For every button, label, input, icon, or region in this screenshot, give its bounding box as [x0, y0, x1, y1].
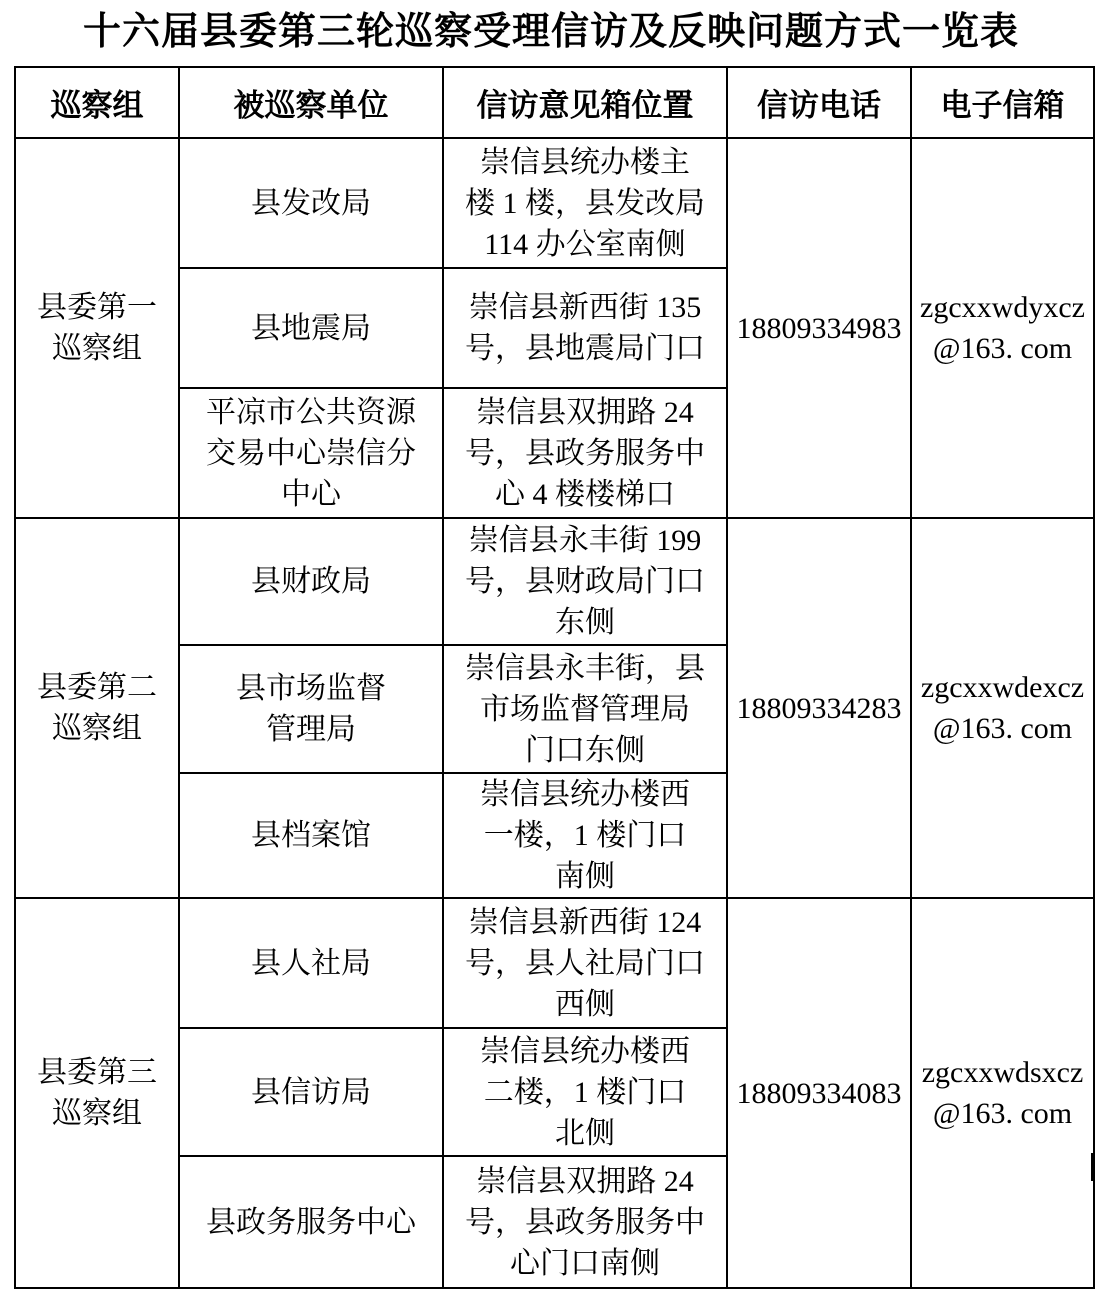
inspection-group-name: 县委第三 巡察组 — [15, 898, 179, 1288]
inspection-group-name: 县委第二 巡察组 — [15, 518, 179, 898]
box-location: 崇信县统办楼西 一楼，1 楼门口 南侧 — [443, 773, 727, 898]
inspected-unit: 县财政局 — [179, 518, 443, 645]
document-page: 十六届县委第三轮巡察受理信访及反映问题方式一览表 巡察组 被巡察单位 信访意见箱… — [0, 0, 1102, 1294]
column-header-email: 电子信箱 — [911, 67, 1094, 138]
column-header-box-location: 信访意见箱位置 — [443, 67, 727, 138]
inspected-unit: 县地震局 — [179, 268, 443, 388]
table-row: 县委第一 巡察组 县发改局 崇信县统办楼主 楼 1 楼，县发改局 114 办公室… — [15, 138, 1094, 268]
box-location: 崇信县统办楼西 二楼，1 楼门口 北侧 — [443, 1028, 727, 1156]
column-header-group: 巡察组 — [15, 67, 179, 138]
box-location: 崇信县新西街 135 号，县地震局门口 — [443, 268, 727, 388]
text-cursor-artifact — [1091, 1153, 1094, 1181]
petition-phone: 18809334983 — [727, 138, 911, 518]
inspected-unit: 县人社局 — [179, 898, 443, 1028]
header-row: 巡察组 被巡察单位 信访意见箱位置 信访电话 电子信箱 — [15, 67, 1094, 138]
box-location: 崇信县新西街 124 号，县人社局门口 西侧 — [443, 898, 727, 1028]
petition-email: zgcxxwdexcz @163. com — [911, 518, 1094, 898]
petition-phone: 18809334083 — [727, 898, 911, 1288]
column-header-unit: 被巡察单位 — [179, 67, 443, 138]
inspected-unit: 平凉市公共资源 交易中心崇信分 中心 — [179, 388, 443, 518]
box-location: 崇信县永丰街，县 市场监督管理局 门口东侧 — [443, 645, 727, 773]
box-location: 崇信县统办楼主 楼 1 楼，县发改局 114 办公室南侧 — [443, 138, 727, 268]
table-row: 县委第三 巡察组 县人社局 崇信县新西街 124 号，县人社局门口 西侧 188… — [15, 898, 1094, 1028]
inspection-group-name: 县委第一 巡察组 — [15, 138, 179, 518]
inspected-unit: 县发改局 — [179, 138, 443, 268]
box-location: 崇信县双拥路 24 号，县政务服务中 心门口南侧 — [443, 1156, 727, 1288]
inspected-unit: 县政务服务中心 — [179, 1156, 443, 1288]
column-header-phone: 信访电话 — [727, 67, 911, 138]
table-row: 县委第二 巡察组 县财政局 崇信县永丰街 199 号，县财政局门口 东侧 188… — [15, 518, 1094, 645]
box-location: 崇信县永丰街 199 号，县财政局门口 东侧 — [443, 518, 727, 645]
inspected-unit: 县信访局 — [179, 1028, 443, 1156]
inspected-unit: 县档案馆 — [179, 773, 443, 898]
box-location: 崇信县双拥路 24 号，县政务服务中 心 4 楼楼梯口 — [443, 388, 727, 518]
inspected-unit: 县市场监督 管理局 — [179, 645, 443, 773]
petition-contact-table: 巡察组 被巡察单位 信访意见箱位置 信访电话 电子信箱 县委第一 巡察组 县发改… — [14, 66, 1095, 1289]
petition-phone: 18809334283 — [727, 518, 911, 898]
petition-email: zgcxxwdyxcz @163. com — [911, 138, 1094, 518]
petition-email: zgcxxwdsxcz @163. com — [911, 898, 1094, 1288]
page-title: 十六届县委第三轮巡察受理信访及反映问题方式一览表 — [0, 6, 1102, 58]
